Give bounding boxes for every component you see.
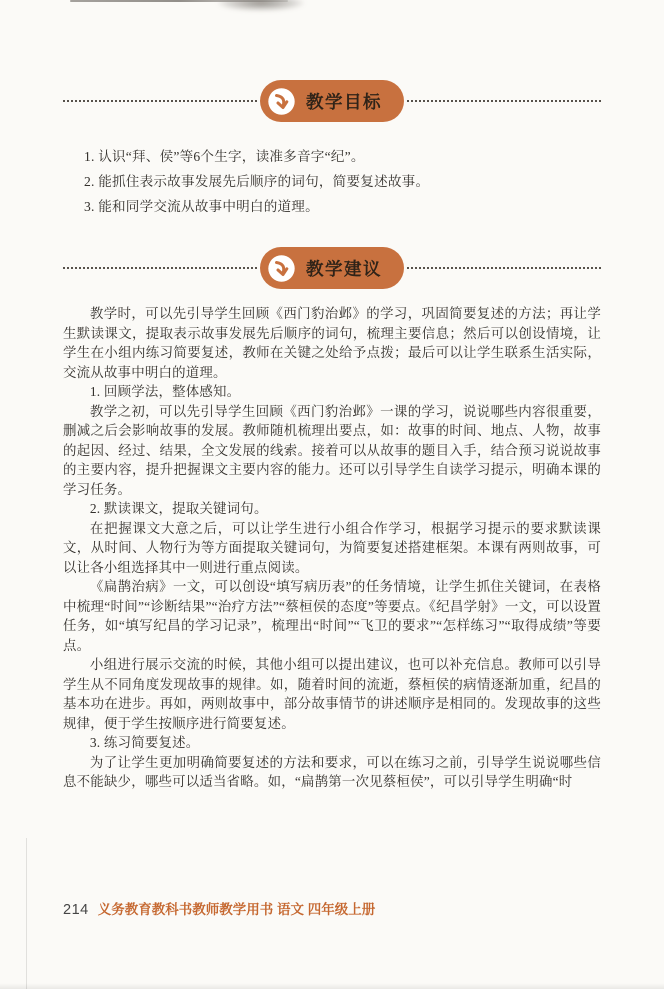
book-page: 教学目标 1. 认识“拜、侯”等6个生字，读准多音字“纪”。 2. 能抓住表示故… [0, 0, 664, 989]
numbered-subheading: 3. 练习简要复述。 [63, 733, 601, 753]
suggestions-body: 教学时，可以先引导学生回顾《西门豹治邺》的学习，巩固简要复述的方法；再让学生默读… [63, 304, 601, 792]
paragraph: 教学时，可以先引导学生回顾《西门豹治邺》的学习，巩固简要复述的方法；再让学生默读… [63, 304, 601, 382]
numbered-subheading: 2. 默读课文，提取关键词句。 [63, 499, 601, 519]
objective-item: 1. 认识“拜、侯”等6个生字，读准多音字“纪”。 [63, 144, 601, 169]
dotted-leader-right [407, 267, 601, 269]
paragraph: 为了让学生更加明确简要复述的方法和要求，可以在练习之前，引导学生说说哪些信息不能… [63, 753, 601, 792]
curved-down-arrow-icon [267, 254, 296, 283]
dotted-leader-left [63, 100, 257, 102]
objectives-section-header: 教学目标 [63, 80, 601, 122]
paragraph: 教学之初，可以先引导学生回顾《西门豹治邺》一课的学习，说说哪些内容很重要，删减之… [63, 402, 601, 500]
suggestions-badge: 教学建议 [260, 247, 404, 289]
suggestions-badge-label: 教学建议 [306, 256, 382, 281]
objective-item: 3. 能和同学交流从故事中明白的道理。 [63, 194, 601, 219]
objectives-badge: 教学目标 [260, 80, 404, 122]
dotted-leader-left [63, 267, 257, 269]
numbered-subheading: 1. 回顾学法，整体感知。 [63, 382, 601, 402]
scan-artifact-left-edge [26, 838, 27, 989]
paragraph: 在把握课文大意之后，可以让学生进行小组合作学习，根据学习提示的要求默读课文，从时… [63, 519, 601, 578]
page-footer: 214 义务教育教科书教师教学用书 语文 四年级上册 [63, 898, 375, 918]
page-content: 教学目标 1. 认识“拜、侯”等6个生字，读准多音字“纪”。 2. 能抓住表示故… [63, 0, 601, 792]
scan-artifact-bottom-edge [0, 983, 664, 989]
suggestions-section-header: 教学建议 [63, 247, 601, 289]
objectives-badge-label: 教学目标 [306, 89, 382, 114]
page-number: 214 [63, 902, 89, 918]
book-title: 义务教育教科书教师教学用书 语文 四年级上册 [98, 898, 376, 918]
dotted-leader-right [407, 100, 601, 102]
curved-down-arrow-icon [267, 87, 296, 116]
objective-item: 2. 能抓住表示故事发展先后顺序的词句，简要复述故事。 [63, 169, 601, 194]
paragraph: 《扁鹊治病》一文，可以创设“填写病历表”的任务情境，让学生抓住关键词，在表格中梳… [63, 577, 601, 655]
objectives-list: 1. 认识“拜、侯”等6个生字，读准多音字“纪”。 2. 能抓住表示故事发展先后… [63, 144, 601, 219]
paragraph: 小组进行展示交流的时候，其他小组可以提出建议，也可以补充信息。教师可以引导学生从… [63, 655, 601, 733]
